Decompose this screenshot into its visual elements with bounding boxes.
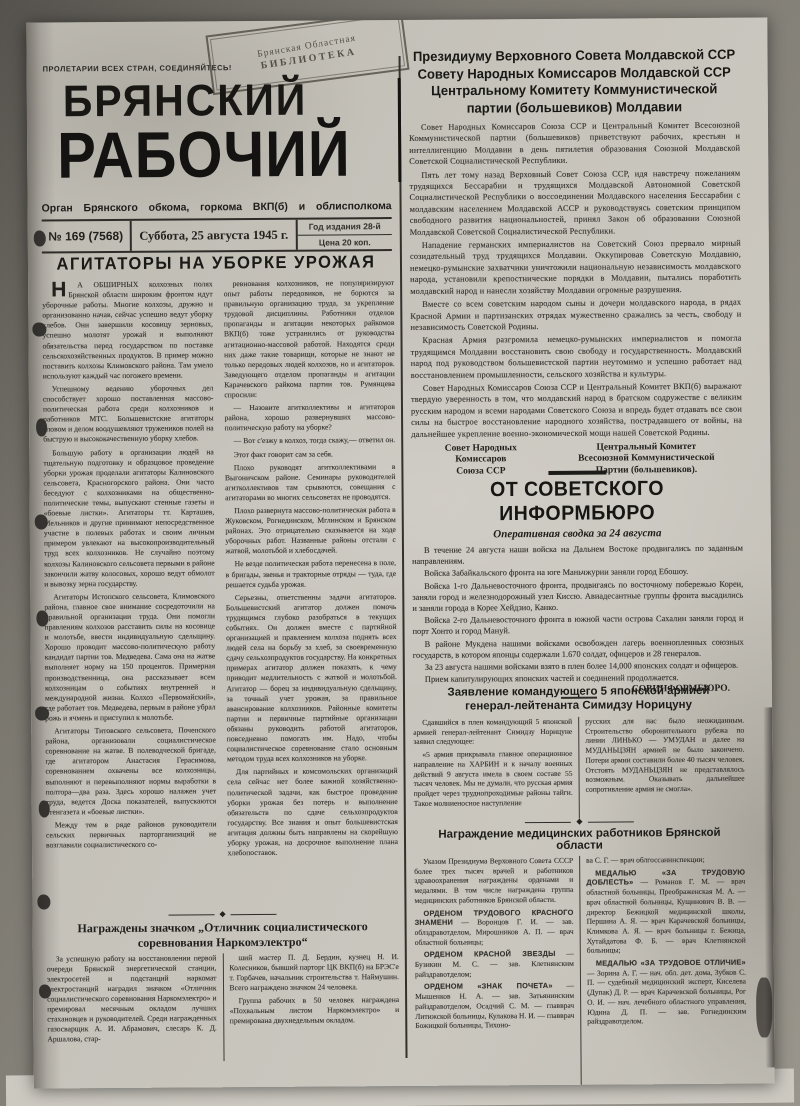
- award-entry: МЕДАЛЬЮ «ЗА ТРУДОВУЮ ДОБЛЕСТЬ» — Романов…: [586, 867, 746, 955]
- headline-line1: Награждены значком „Отличник социалистич…: [47, 919, 399, 936]
- drop-cap: Н: [42, 281, 66, 298]
- sovinformburo-body: В течение 24 августа наши войска на Даль…: [412, 543, 744, 686]
- sovinformburo-headline: ОТ СОВЕТСКОГО ИНФОРМБЮРО: [411, 476, 742, 527]
- newspaper-title-line2: РАБОЧИЙ: [57, 116, 351, 193]
- paragraph: За успешную работу на восстановлении пер…: [47, 953, 217, 1044]
- article-moldavia-greeting: Президиуму Верховного Совета Молдавской …: [408, 48, 742, 479]
- paragraph: Не везде политическая работа перенесена …: [226, 558, 397, 589]
- paragraph: Совет Народных Комиссаров Союза ССР и Це…: [409, 120, 740, 168]
- paragraph: Войска 2-го Дальневосточного фронта в юж…: [412, 613, 743, 638]
- paragraph: Группа рабочих в 50 человек награждена «…: [230, 995, 400, 1026]
- medical-awards-headline: Награждение медицинских работников Брянс…: [414, 827, 745, 853]
- article-japanese-statement: Заявление командующего 5 японской армией…: [413, 684, 745, 820]
- edition-year: Год издания 28-й: [298, 219, 392, 235]
- paragraph: В районе Мукдена нашими войсками освобож…: [413, 636, 744, 661]
- statement-headline: Заявление командующего 5 японской армией…: [413, 684, 744, 714]
- page-edge-smudge: [756, 977, 772, 1037]
- paragraph: Войска 1-го Дальневосточного фронта, про…: [412, 578, 743, 614]
- issue-edition-price: Год издания 28-й Цена 20 коп.: [298, 219, 392, 250]
- paragraph: Между тем в ряде районов руководители се…: [46, 819, 217, 850]
- article-agitators-headline: АГИТАТОРЫ НА УБОРКЕ УРОЖАЯ: [36, 253, 396, 275]
- paragraph: Вместе со всем советским народом сыны и …: [410, 297, 741, 334]
- issue-info-row: № 169 (7568) Суббота, 25 августа 1945 г.…: [42, 217, 392, 253]
- section-divider: ◆: [47, 910, 399, 918]
- paragraph: — Вот с'езжу в колхоз, тогда скажу,— отв…: [225, 435, 396, 446]
- issue-number: № 169 (7568): [42, 221, 132, 252]
- signature-line: Комиссаров: [411, 454, 550, 466]
- paragraph: Серьезны, ответственны задачи агитаторов…: [226, 592, 398, 765]
- paragraph: Красная Армия разгромила немецко-румынск…: [410, 333, 741, 381]
- award-entry: ОРДЕНОМ КРАСНОЙ ЗВЕЗДЫ — Бузикин М. С. —…: [415, 949, 574, 979]
- statement-column-1: Сдавшийся в плен командующий 5 японской …: [413, 717, 573, 820]
- diamond-icon: ◆: [576, 819, 582, 825]
- headline-line4: партии (большевиков) Молдавии: [409, 98, 740, 117]
- award-entry: МЕДАЛЬЮ «ЗА ТРУДОВОЕ ОТЛИЧИЕ» — Зорина А…: [587, 958, 746, 1027]
- award-entry: ОРДЕНОМ «ЗНАК ПОЧЕТА» — Мышенков Н. А. —…: [415, 981, 574, 1031]
- paragraph: ший мастер П. Д. Бердин, кузнец Н. И. Ко…: [229, 952, 399, 993]
- signature-line: Совет Народных: [411, 443, 550, 455]
- paragraph: Этот факт говорит сам за себя.: [225, 449, 396, 460]
- article-narkomelektro: ◆ Награждены значком „Отличник социалист…: [47, 910, 400, 1062]
- medical-column-1: Указом Президиума Верховного Совета СССР…: [414, 856, 575, 1089]
- paragraph-text: А ОБШИРНЫХ колхозных полях Брянской обла…: [42, 279, 213, 380]
- newspaper-scan-photo: { "colors":{"paper":"#c4c1b9","ink":"#34…: [0, 0, 800, 1106]
- paragraph: — Назовите агитколлективы и агитаторов р…: [224, 402, 395, 433]
- paragraph: Сдавшийся в плен командующий 5 японской …: [413, 717, 572, 747]
- paragraph: Пять лет тому назад Верховный Совет Союз…: [409, 167, 740, 238]
- newspaper-subtitle: Орган Брянского обкома, горкома ВКП(б) и…: [42, 200, 392, 214]
- paragraph: ва С. Г. — врач облгоссанинспекции;: [586, 855, 745, 866]
- headline-line1: Заявление командующего 5 японской армией: [413, 684, 744, 700]
- statement-column-2: русских для нас было неожиданным. Строит…: [578, 716, 745, 819]
- paragraph: Большую работу в организации людей на тщ…: [43, 447, 214, 589]
- award-name: ОРДЕНОМ КРАСНОЙ ЗВЕЗДЫ: [424, 949, 556, 959]
- paragraph: За 23 августа нашими войсками взято в пл…: [413, 660, 744, 674]
- signature-line: Всесоюзной Коммунистической: [550, 453, 742, 466]
- award-name: МЕДАЛЬЮ «ЗА ТРУДОВОЕ ОТЛИЧИЕ»: [596, 958, 746, 968]
- paragraph: Плохо руководят агитколлективами в Выгон…: [225, 462, 396, 504]
- newspaper-page: ПРОЛЕТАРИИ ВСЕХ СТРАН, СОЕДИНЯЙТЕСЬ! Бря…: [26, 17, 774, 1088]
- award-recipients: — Зорина А. Г. — нач. обл. дет. дома, Зу…: [587, 967, 746, 1026]
- medical-column-2: ва С. Г. — врач облгоссанинспекции; МЕДА…: [579, 855, 747, 1088]
- paragraph: Указом Президиума Верховного Совета СССР…: [414, 856, 573, 906]
- paragraph: Совет Народных Комиссаров Союза ССР и Це…: [411, 381, 742, 440]
- column-divider-thick-segment: [397, 78, 401, 182]
- paragraph: Агитаторы Истопского сельсовета, Климовс…: [44, 591, 215, 723]
- headline-top-bar: [548, 471, 606, 475]
- column-divider-rule: [399, 56, 407, 1058]
- issue-date: Суббота, 25 августа 1945 г.: [132, 220, 298, 251]
- narkomelektro-column-2: ший мастер П. Д. Бердин, кузнец Н. И. Ко…: [222, 952, 399, 1061]
- narkomelektro-column-1: За успешную работу на восстановлении пер…: [47, 953, 217, 1062]
- award-name: ОРДЕНОМ «ЗНАК ПОЧЕТА»: [424, 981, 553, 991]
- paragraph: Нападение германских империалистов на Со…: [410, 238, 741, 297]
- diamond-icon: ◆: [219, 911, 225, 917]
- paragraph: «5 армия прикрывала главное операционное…: [413, 749, 572, 808]
- paragraph: Плохо развернута массово-политическая ра…: [225, 505, 396, 557]
- article-sovinformburo: ОТ СОВЕТСКОГО ИНФОРМБЮРО Оперативная сво…: [411, 470, 744, 701]
- issue-price: Цена 20 коп.: [298, 235, 392, 250]
- article-agitators-body: НА ОБШИРНЫХ колхозных полях Брянской обл…: [42, 278, 398, 906]
- moldavia-body: Совет Народных Комиссаров Союза ССР и Це…: [409, 120, 742, 440]
- section-divider: ◆: [414, 818, 745, 826]
- award-entry: ОРДЕНОМ ТРУДОВОГО КРАСНОГО ЗНАМЕНИ — Вор…: [414, 907, 573, 947]
- paragraph: Успешному ведению уборочных дел способст…: [43, 383, 214, 445]
- paragraph: НА ОБШИРНЫХ колхозных полях Брянской обл…: [42, 279, 213, 381]
- paragraph: Войска Забайкальского фронта на юге Мань…: [412, 566, 743, 580]
- headline-line1: Президиуму Верховного Совета Молдавской …: [408, 46, 739, 65]
- paragraph: Агитаторы Титовского сельсовета, Почепск…: [45, 725, 216, 817]
- narkomelektro-headline: Награждены значком „Отличник социалистич…: [47, 919, 399, 950]
- paragraph: В течение 24 августа наши войска на Даль…: [412, 543, 743, 568]
- headline-line3: Центральному Комитету Коммунистической: [409, 81, 740, 100]
- moldavia-headline: Президиуму Верховного Совета Молдавской …: [408, 46, 739, 117]
- paragraph: русских для нас было неожиданным. Строит…: [585, 716, 745, 795]
- paragraph: Для партийных и комсомольских организаци…: [227, 766, 398, 858]
- sovinformburo-subtitle: Оперативная сводка за 24 августа: [412, 527, 743, 541]
- narkomelektro-body: За успешную работу на восстановлении пер…: [47, 952, 400, 1062]
- statement-body: Сдавшийся в плен командующий 5 японской …: [413, 716, 745, 820]
- article-medical-awards: ◆ Награждение медицинских работников Бря…: [414, 818, 747, 1089]
- agitators-column-1: НА ОБШИРНЫХ колхозных полях Брянской обл…: [42, 279, 217, 906]
- award-recipients: — Романов Г. М. — врач областной больниц…: [586, 877, 745, 955]
- medical-awards-body: Указом Президиума Верховного Совета СССР…: [414, 855, 747, 1089]
- paragraph: ревнования колхозников, не популяризирую…: [224, 278, 395, 400]
- masthead-slogan: ПРОЛЕТАРИИ ВСЕХ СТРАН, СОЕДИНЯЙТЕСЬ!: [43, 63, 232, 73]
- headline-line2: соревнования Наркомэлектро“: [47, 934, 399, 951]
- agitators-column-2: ревнования колхозников, не популяризирую…: [224, 278, 399, 905]
- headline-line2: генерал-лейтенанта Симидзу Норицуну: [413, 698, 744, 714]
